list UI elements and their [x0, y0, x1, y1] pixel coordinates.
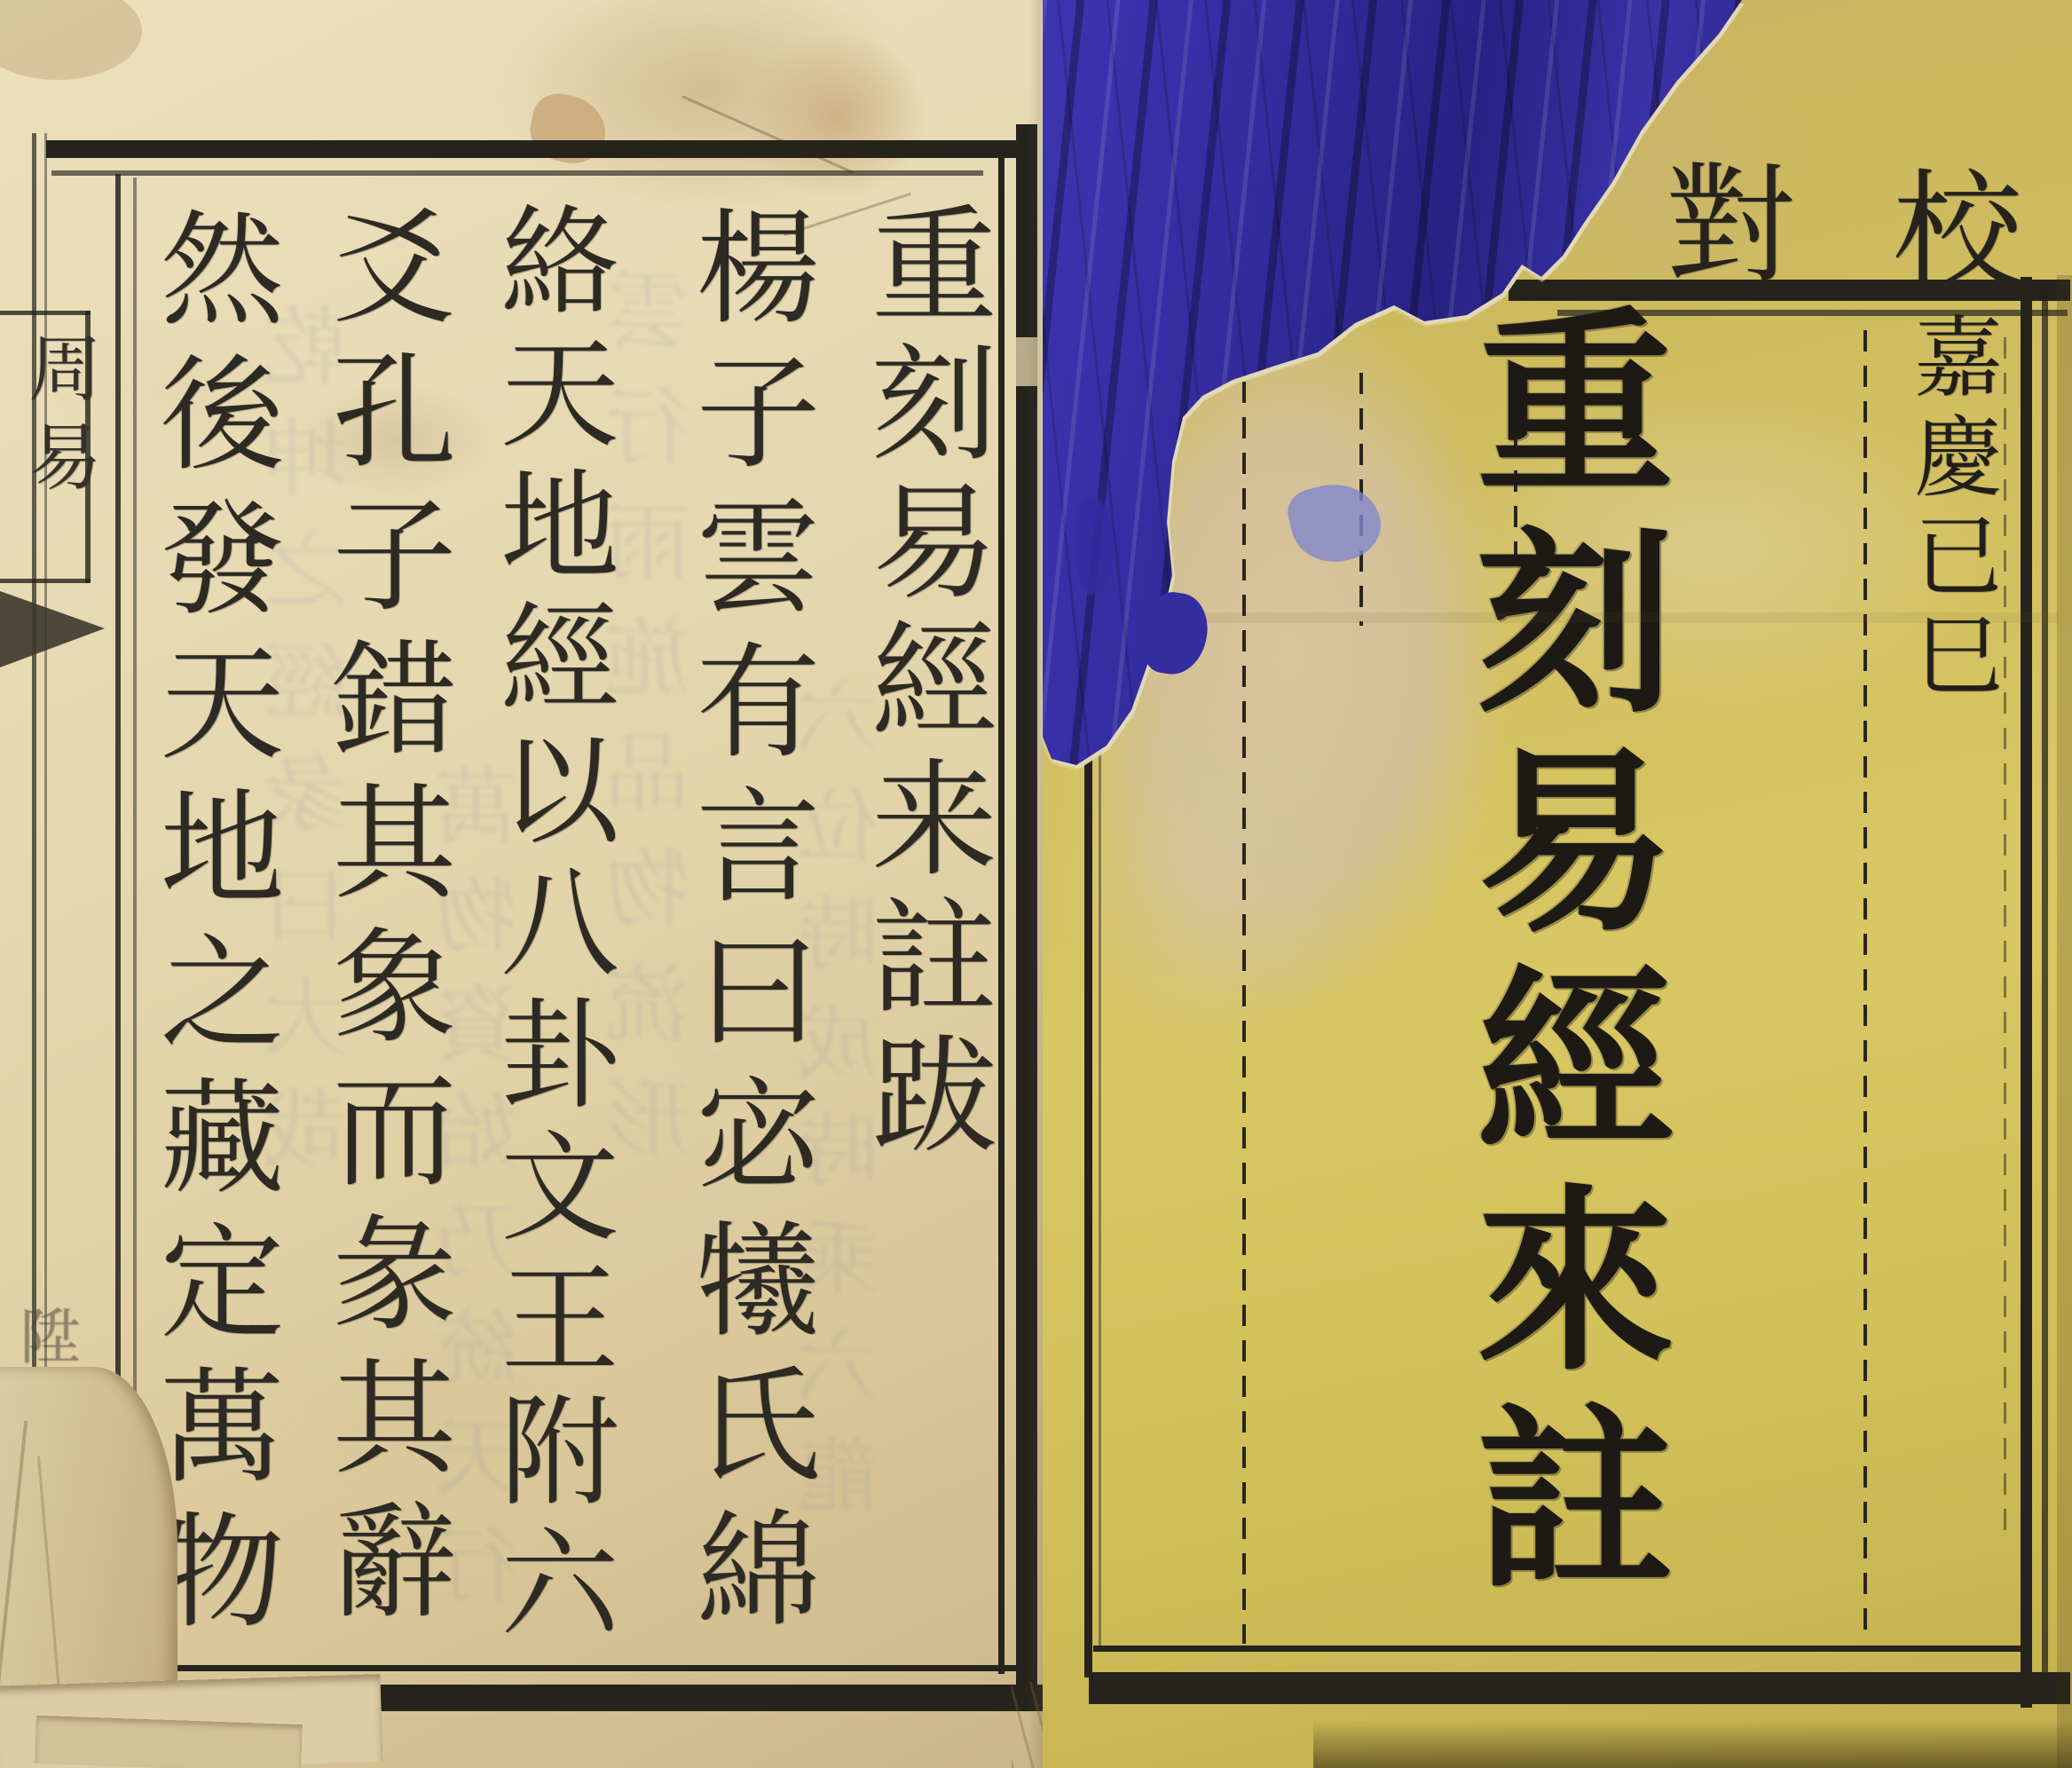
- fishtail-mark: [0, 591, 105, 667]
- torn-blue-cover-cloth: [1043, 0, 1766, 799]
- rp-frame-bottom-thick: [1089, 1672, 2070, 1704]
- text-column-1: 楊子雲有言曰宓犧氏綿: [658, 202, 837, 1649]
- date-column-jiaqing: 嘉慶已巳: [1887, 311, 2014, 708]
- bottom-edge-shadow: [1313, 1720, 2072, 1768]
- right-edge-shadow: [2057, 275, 2072, 1768]
- postface-title-column: 重刻易經来註跋: [832, 199, 1013, 1168]
- collation-label-jiao: 校: [1853, 163, 2039, 293]
- column-rule-dashed2: [1863, 330, 1867, 1644]
- book-spread-photo: 周易 陞堂 乾坤之經彖曰大哉 萬物資始乃統天行 雲行雨施品物流形 六位時成時乘六…: [0, 0, 2072, 1768]
- blue-cloth-shape: [1043, 0, 1766, 799]
- frame-bottom-thin: [84, 1665, 1034, 1671]
- frame-top-thick: [46, 140, 1033, 158]
- frame-top-thin: [51, 170, 983, 176]
- text-column-3: 爻孔子錯其象而彖其辭: [295, 202, 473, 1640]
- bottom-tear-flap2: [35, 1716, 303, 1768]
- rp-frame-right2: [2042, 284, 2048, 1704]
- spine-label-box-top: [0, 311, 91, 315]
- spine-label-box-bottom: [0, 579, 91, 583]
- rp-frame-bottom-thin: [1093, 1646, 2029, 1652]
- left-page: 周易 陞堂 乾坤之經彖曰大哉 萬物資始乃統天行 雲行雨施品物流形 六位時成時乘六…: [0, 0, 1043, 1768]
- cloth-creases: [1043, 0, 1766, 799]
- rp-frame-right: [2021, 277, 2032, 1708]
- spine-label: 周易: [7, 330, 111, 508]
- text-column-2: 絡天地經以八卦文王附六: [465, 199, 635, 1654]
